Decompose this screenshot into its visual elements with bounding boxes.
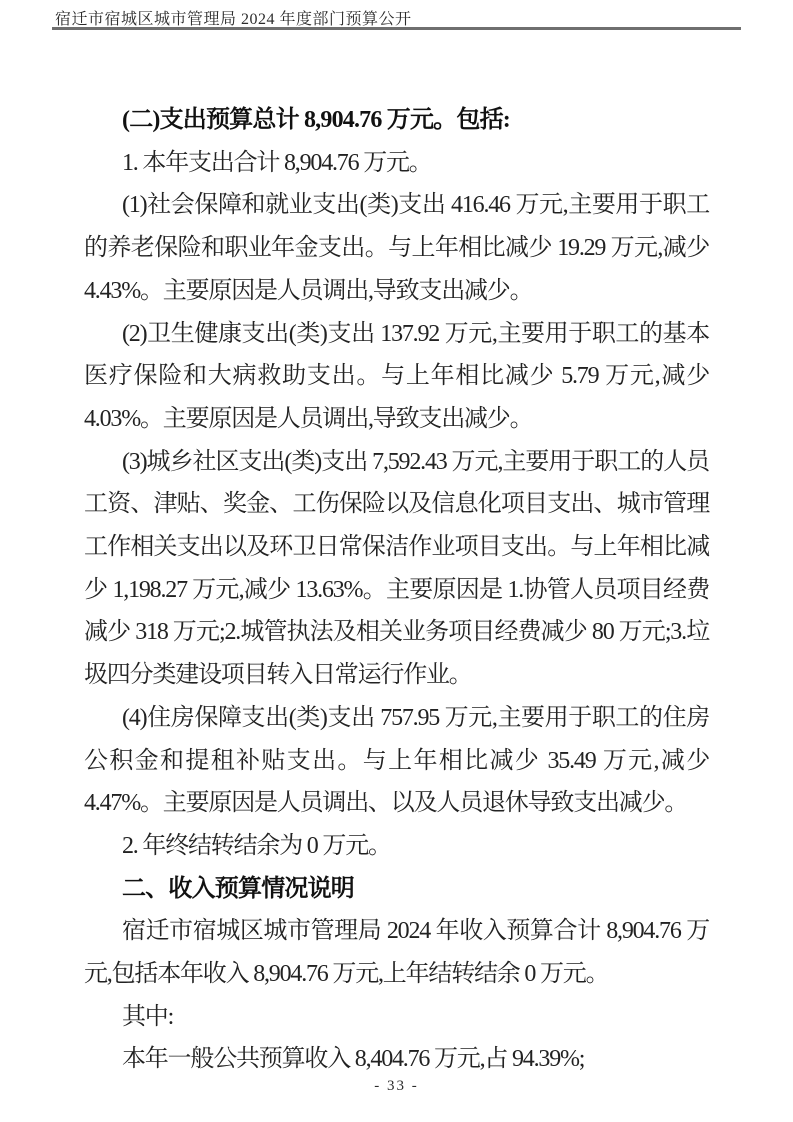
- page-header-title: 宿迁市宿城区城市管理局 2024 年度部门预算公开: [55, 6, 412, 29]
- para-among-which: 其中:: [84, 996, 709, 1039]
- para-annual-expenditure: 1. 本年支出合计 8,904.76 万元。: [84, 142, 709, 185]
- para-housing-security: (4)住房保障支出(类)支出 757.95 万元,主要用于职工的住房公积金和提租…: [84, 697, 709, 825]
- document-body: (二)支出预算总计 8,904.76 万元。包括: 1. 本年支出合计 8,90…: [84, 99, 709, 1081]
- para-general-public-budget-income: 本年一般公共预算收入 8,404.76 万元,占 94.39%;: [84, 1038, 709, 1081]
- heading-income-budget: 二、收入预算情况说明: [84, 868, 709, 911]
- para-social-security-employment: (1)社会保障和就业支出(类)支出 416.46 万元,主要用于职工的养老保险和…: [84, 184, 709, 312]
- heading-expenditure-total: (二)支出预算总计 8,904.76 万元。包括:: [84, 99, 709, 142]
- para-urban-rural-community: (3)城乡社区支出(类)支出 7,592.43 万元,主要用于职工的人员工资、津…: [84, 441, 709, 697]
- page-number: - 33 -: [0, 1078, 793, 1095]
- para-year-end-carryover: 2. 年终结转结余为 0 万元。: [84, 825, 709, 868]
- para-health-expenditure: (2)卫生健康支出(类)支出 137.92 万元,主要用于职工的基本医疗保险和大…: [84, 313, 709, 441]
- header-rule: [52, 27, 741, 30]
- document-page: 宿迁市宿城区城市管理局 2024 年度部门预算公开 (二)支出预算总计 8,90…: [0, 0, 793, 1122]
- para-income-total: 宿迁市宿城区城市管理局 2024 年收入预算合计 8,904.76 万元,包括本…: [84, 910, 709, 995]
